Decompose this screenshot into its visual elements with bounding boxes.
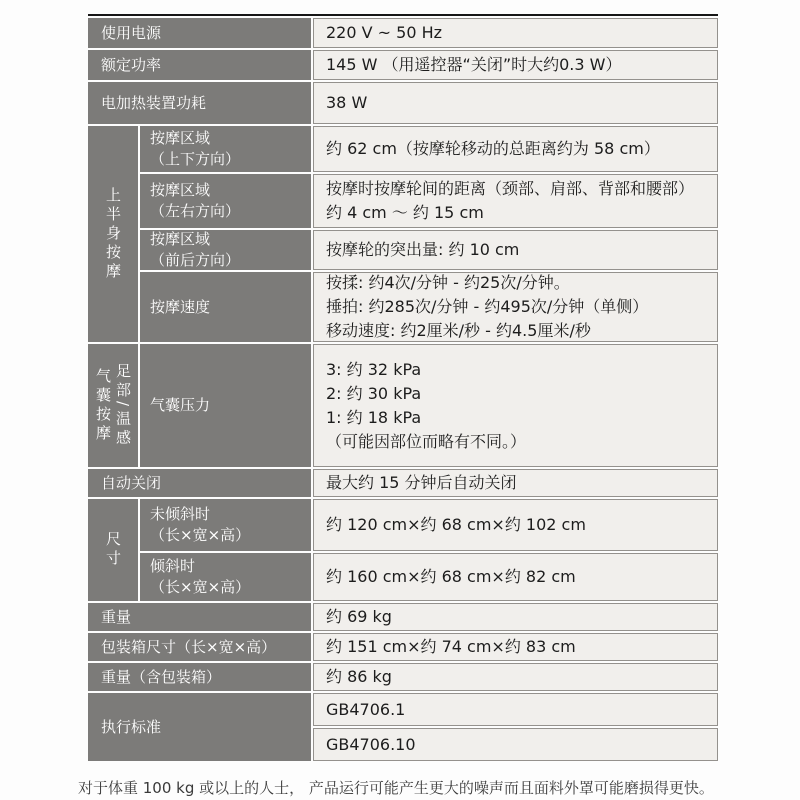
label-line: 电加热装置功耗 — [101, 93, 311, 114]
value-line: 3: 约 32 kPa — [326, 358, 705, 382]
value-line: 38 W — [326, 91, 705, 115]
row-label: 包装箱尺寸（长×宽×高） — [88, 633, 311, 661]
group-rows: 气囊压力3: 约 32 kPa2: 约 30 kPa1: 约 18 kPa（可能… — [140, 344, 718, 467]
sub-label: 按摩区域（上下方向） — [140, 126, 311, 172]
row-value: 按摩轮的突出量: 约 10 cm — [313, 230, 718, 270]
group-strip-label: 上半身按摩 — [88, 126, 138, 342]
label-line: （长×宽×高） — [150, 577, 311, 598]
group-strip-label: 气囊按摩足部/温感 — [88, 344, 138, 467]
sub-label: 倾斜时（长×宽×高） — [140, 553, 311, 601]
value-line: 约 86 kg — [326, 665, 705, 689]
table-row: 未倾斜时（长×宽×高）约 120 cm×约 68 cm×约 102 cm — [140, 499, 718, 551]
table-row: 自动关闭最大约 15 分钟后自动关闭 — [88, 469, 718, 497]
row-value: 约 86 kg — [313, 663, 718, 691]
row-value: GB4706.1 — [313, 693, 718, 726]
label-line: 重量（含包装箱） — [101, 667, 311, 688]
label-line: 按摩速度 — [150, 297, 311, 318]
row-value: 约 62 cm（按摩轮移动的总距离约为 58 cm） — [313, 126, 718, 172]
row-value: 145 W （用遥控器“关闭”时大约0.3 W） — [313, 50, 718, 80]
table-group: 尺寸未倾斜时（长×宽×高）约 120 cm×约 68 cm×约 102 cm倾斜… — [88, 499, 718, 601]
value-line: GB4706.1 — [326, 698, 705, 722]
value-line: （可能因部位而略有不同。） — [326, 430, 705, 454]
sub-label: 按摩区域（左右方向） — [140, 174, 311, 228]
label-line: 未倾斜时 — [150, 504, 311, 525]
strip-text: 足部/温感 — [114, 363, 132, 448]
table-row: 重量约 69 kg — [88, 603, 718, 631]
sub-label: 按摩区域（前后方向） — [140, 230, 311, 270]
label-line: 气囊压力 — [150, 395, 311, 416]
label-line: 额定功率 — [101, 55, 311, 76]
table-row: 额定功率145 W （用遥控器“关闭”时大约0.3 W） — [88, 50, 718, 80]
label-line: （左右方向） — [150, 201, 311, 222]
value-line: 1: 约 18 kPa — [326, 406, 705, 430]
sub-label: 气囊压力 — [140, 344, 311, 467]
label-line: （长×宽×高） — [150, 525, 311, 546]
value-line: GB4706.10 — [326, 733, 705, 757]
row-label: 自动关闭 — [88, 469, 311, 497]
strip-text: 尺寸 — [104, 531, 122, 569]
value-line: 按摩时按摩轮间的距离（颈部、肩部、背部和腰部） — [326, 177, 705, 201]
label-line: 按摩区域 — [150, 180, 311, 201]
group-rows: 按摩区域（上下方向）约 62 cm（按摩轮移动的总距离约为 58 cm）按摩区域… — [140, 126, 718, 342]
label-line: 按摩区域 — [150, 229, 311, 250]
row-value: 220 V ~ 50 Hz — [313, 18, 718, 48]
value-line: 移动速度: 约2厘米/秒 - 约4.5厘米/秒 — [326, 319, 705, 343]
row-label: 重量（含包装箱） — [88, 663, 311, 691]
row-label: 重量 — [88, 603, 311, 631]
strip-text: 气囊按摩 — [94, 368, 112, 444]
value-line: 捶拍: 约285次/分钟 - 约495次/分钟（单侧） — [326, 295, 705, 319]
group-strip-label: 尺寸 — [88, 499, 138, 601]
group-rows: 未倾斜时（长×宽×高）约 120 cm×约 68 cm×约 102 cm倾斜时（… — [140, 499, 718, 601]
group-rows: GB4706.1GB4706.10 — [313, 693, 718, 761]
row-label: 使用电源 — [88, 18, 311, 48]
label-line: 自动关闭 — [101, 473, 311, 494]
table-group: 上半身按摩按摩区域（上下方向）约 62 cm（按摩轮移动的总距离约为 58 cm… — [88, 126, 718, 342]
table-row: 包装箱尺寸（长×宽×高）约 151 cm×约 74 cm×约 83 cm — [88, 633, 718, 661]
label-line: 倾斜时 — [150, 556, 311, 577]
label-line: 包装箱尺寸（长×宽×高） — [101, 637, 311, 658]
table-group: 执行标准GB4706.1GB4706.10 — [88, 693, 718, 761]
table-group: 气囊按摩足部/温感气囊压力3: 约 32 kPa2: 约 30 kPa1: 约 … — [88, 344, 718, 467]
value-line: 最大约 15 分钟后自动关闭 — [326, 471, 705, 495]
value-line: 按摩轮的突出量: 约 10 cm — [326, 238, 705, 262]
table-row: 按摩速度按揉: 约4次/分钟 - 约25次/分钟。捶拍: 约285次/分钟 - … — [140, 272, 718, 342]
table-row: 电加热装置功耗38 W — [88, 82, 718, 124]
row-value: 约 151 cm×约 74 cm×约 83 cm — [313, 633, 718, 661]
table-row: 气囊压力3: 约 32 kPa2: 约 30 kPa1: 约 18 kPa（可能… — [140, 344, 718, 467]
value-line: 约 4 cm ～ 约 15 cm — [326, 201, 705, 225]
sub-label: 未倾斜时（长×宽×高） — [140, 499, 311, 551]
value-line: 2: 约 30 kPa — [326, 382, 705, 406]
table-row: 使用电源220 V ~ 50 Hz — [88, 18, 718, 48]
row-label: 额定功率 — [88, 50, 311, 80]
table-row: 按摩区域（上下方向）约 62 cm（按摩轮移动的总距离约为 58 cm） — [140, 126, 718, 172]
row-value: 约 69 kg — [313, 603, 718, 631]
value-line: 约 160 cm×约 68 cm×约 82 cm — [326, 565, 705, 589]
row-value: 约 160 cm×约 68 cm×约 82 cm — [313, 553, 718, 601]
label-line: 使用电源 — [101, 23, 311, 44]
label-line: 按摩区域 — [150, 128, 311, 149]
label-line: 重量 — [101, 607, 311, 628]
label-line: （前后方向） — [150, 250, 311, 271]
row-value: 3: 约 32 kPa2: 约 30 kPa1: 约 18 kPa（可能因部位而… — [313, 344, 718, 467]
row-value: 按揉: 约4次/分钟 - 约25次/分钟。捶拍: 约285次/分钟 - 约495… — [313, 272, 718, 342]
value-line: 约 120 cm×约 68 cm×约 102 cm — [326, 513, 705, 537]
row-label: 电加热装置功耗 — [88, 82, 311, 124]
row-value: 按摩时按摩轮间的距离（颈部、肩部、背部和腰部）约 4 cm ～ 约 15 cm — [313, 174, 718, 228]
strip-text: 上半身按摩 — [104, 187, 122, 282]
row-label: 执行标准 — [88, 693, 311, 761]
row-value: 38 W — [313, 82, 718, 124]
table-row: 按摩区域（前后方向）按摩轮的突出量: 约 10 cm — [140, 230, 718, 270]
table-row: GB4706.10 — [313, 728, 718, 761]
value-line: 约 62 cm（按摩轮移动的总距离约为 58 cm） — [326, 137, 705, 161]
table-row: 倾斜时（长×宽×高）约 160 cm×约 68 cm×约 82 cm — [140, 553, 718, 601]
label-line: （上下方向） — [150, 149, 311, 170]
label-line: 执行标准 — [101, 717, 311, 738]
row-value: 约 120 cm×约 68 cm×约 102 cm — [313, 499, 718, 551]
sub-label: 按摩速度 — [140, 272, 311, 342]
value-line: 220 V ~ 50 Hz — [326, 21, 705, 45]
value-line: 145 W （用遥控器“关闭”时大约0.3 W） — [326, 53, 705, 77]
spec-table: 使用电源220 V ~ 50 Hz额定功率145 W （用遥控器“关闭”时大约0… — [88, 14, 718, 761]
table-row: GB4706.1 — [313, 693, 718, 726]
value-line: 按揉: 约4次/分钟 - 约25次/分钟。 — [326, 271, 705, 295]
footer-note: 对于体重 100 kg 或以上的人士， 产品运行可能产生更大的噪声而且面料外罩可… — [78, 777, 780, 799]
value-line: 约 69 kg — [326, 605, 705, 629]
row-value: GB4706.10 — [313, 728, 718, 761]
table-row: 重量（含包装箱）约 86 kg — [88, 663, 718, 691]
row-value: 最大约 15 分钟后自动关闭 — [313, 469, 718, 497]
value-line: 约 151 cm×约 74 cm×约 83 cm — [326, 635, 705, 659]
table-row: 按摩区域（左右方向）按摩时按摩轮间的距离（颈部、肩部、背部和腰部）约 4 cm … — [140, 174, 718, 228]
